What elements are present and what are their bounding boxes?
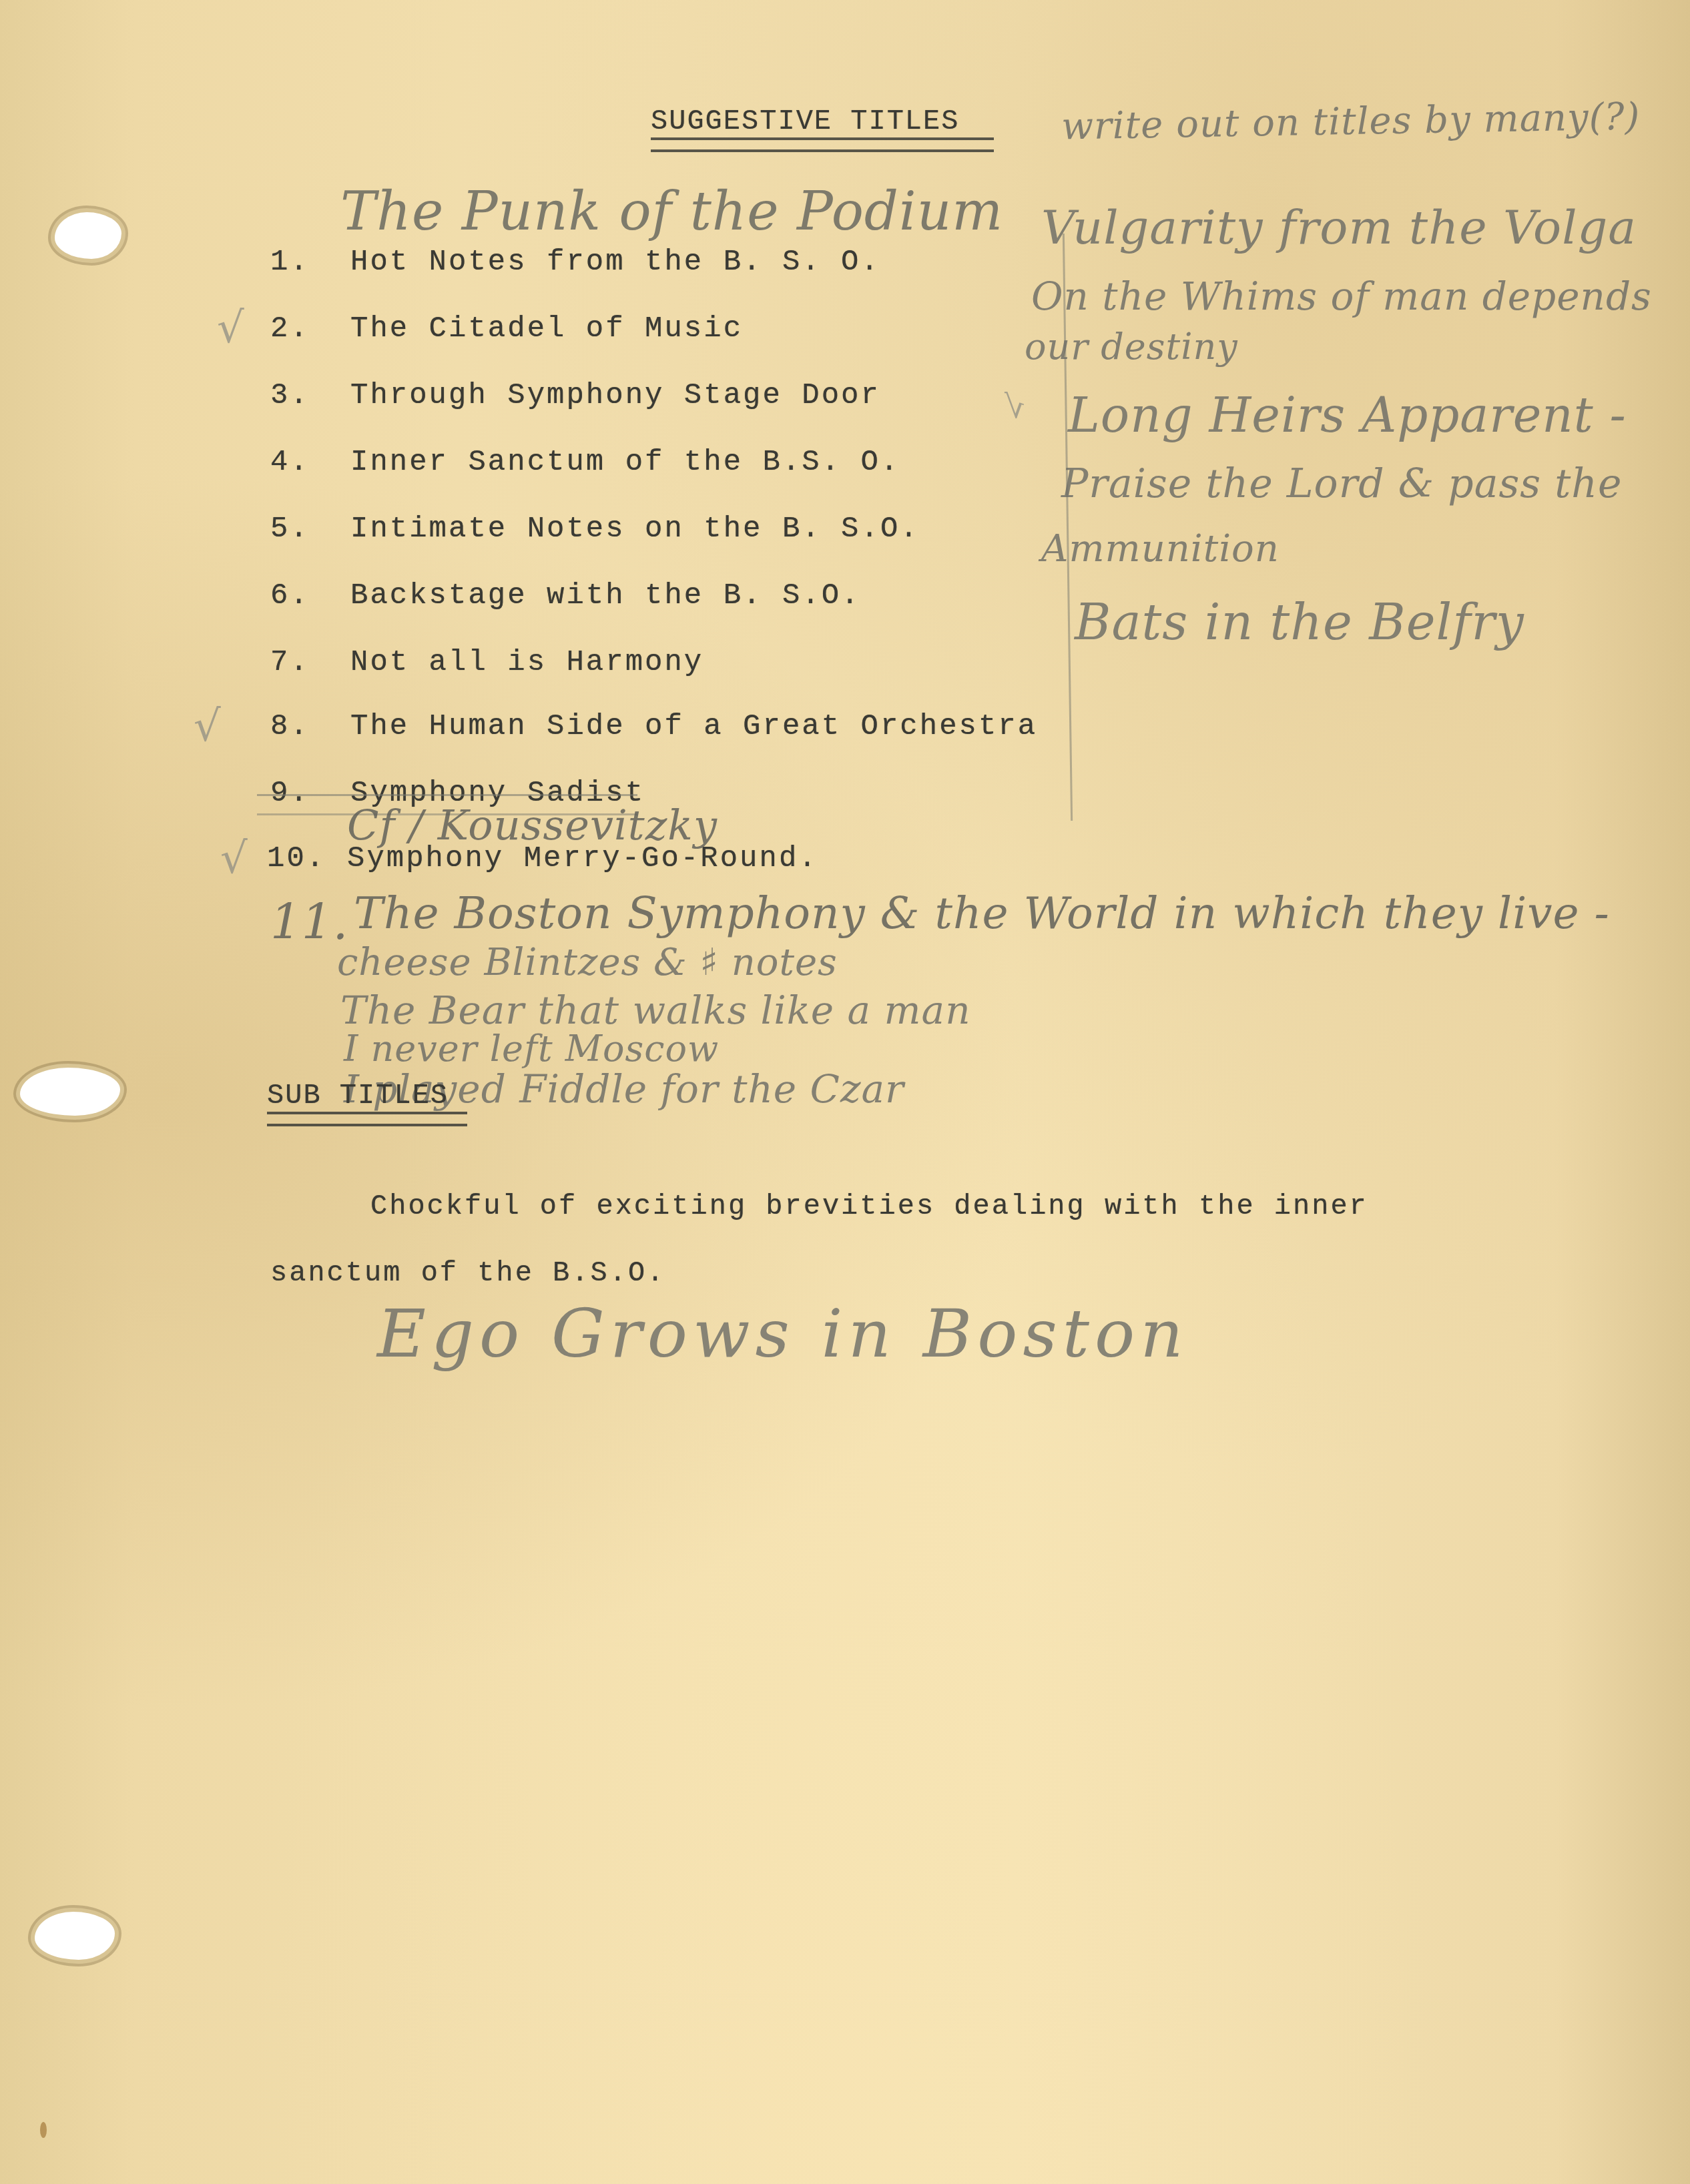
list-number: 7.	[270, 646, 350, 679]
binder-hole-middle	[20, 1068, 120, 1116]
list-number: 5.	[270, 512, 350, 546]
subtitles-heading: SUB TITLES	[267, 1080, 449, 1112]
binder-hole-bottom	[35, 1912, 115, 1960]
handwritten-alt-title: cheese Blintzes & ♯ notes	[337, 941, 838, 984]
checkmark-icon: √	[194, 702, 221, 751]
list-item: 7.Not all is Harmony	[270, 646, 703, 679]
handwritten-heading-note: write out on titles by many(?)	[1061, 95, 1640, 148]
list-item: 6.Backstage with the B. S.O.	[270, 579, 861, 613]
handwritten-item9-note: Cf / Koussevitzky	[347, 801, 718, 849]
list-item: 4.Inner Sanctum of the B.S. O.	[270, 446, 900, 479]
list-number: 8.	[270, 710, 350, 743]
list-title: Not all is Harmony	[350, 646, 703, 679]
list-item: 2.The Citadel of Music	[270, 312, 743, 346]
list-number: 6.	[270, 579, 350, 613]
subtitle-text-line2: sanctum of the B.S.O.	[270, 1257, 665, 1289]
list-number: 2.	[270, 312, 350, 346]
subtitle-text-line1: Chockful of exciting brevities dealing w…	[370, 1190, 1368, 1222]
list-item: 3.Through Symphony Stage Door	[270, 379, 880, 412]
title-underline	[651, 137, 994, 152]
binder-hole-top	[55, 212, 121, 259]
handwritten-alt-title: I never left Moscow	[344, 1028, 719, 1070]
document-page: SUGGESTIVE TITLES write out on titles by…	[0, 0, 1690, 2184]
list-title: Through Symphony Stage Door	[350, 379, 880, 412]
list-number: 10.	[267, 842, 347, 875]
handwritten-alt-title: Long Heirs Apparent -	[1068, 387, 1627, 443]
checkmark-icon: √	[220, 834, 248, 883]
handwritten-alt-title: The Bear that walks like a man	[340, 988, 971, 1033]
list-title: The Human Side of a Great Orchestra	[350, 710, 1037, 743]
list-title: Inner Sanctum of the B.S. O.	[350, 446, 900, 479]
handwritten-alt-title: Ammunition	[1041, 527, 1280, 571]
checkmark-icon: √	[217, 304, 244, 353]
handwritten-item11: The Boston Symphony & the World in which…	[354, 887, 1610, 939]
handwritten-ego-grows: Ego Grows in Boston	[377, 1295, 1189, 1373]
handwritten-alt-title: Vulgarity from the Volga	[1041, 200, 1637, 255]
handwritten-alt-title: our destiny	[1025, 326, 1238, 368]
page-title: SUGGESTIVE TITLES	[651, 105, 959, 137]
handwritten-alt-title: On the Whims of man depends	[1031, 274, 1652, 319]
list-title: Backstage with the B. S.O.	[350, 579, 861, 613]
list-number: 4.	[270, 446, 350, 479]
checkmark-icon: √	[1005, 388, 1025, 426]
list-item: 8.The Human Side of a Great Orchestra	[270, 710, 1037, 743]
handwritten-alt-title: Bats in the Belfry	[1075, 594, 1524, 651]
list-title: Intimate Notes on the B. S.O.	[350, 512, 920, 546]
list-title: The Citadel of Music	[350, 312, 743, 346]
handwritten-title-punk: The Punk of the Podium	[340, 180, 1003, 242]
paper-stain	[40, 2122, 47, 2138]
handwritten-alt-title: Praise the Lord & pass the	[1061, 460, 1622, 507]
list-number: 3.	[270, 379, 350, 412]
list-number: 1.	[270, 246, 350, 279]
list-item: 1.Hot Notes from the B. S. O.	[270, 246, 880, 279]
subtitles-underline	[267, 1112, 467, 1126]
list-title: Hot Notes from the B. S. O.	[350, 246, 880, 279]
list-item: 5.Intimate Notes on the B. S.O.	[270, 512, 920, 546]
